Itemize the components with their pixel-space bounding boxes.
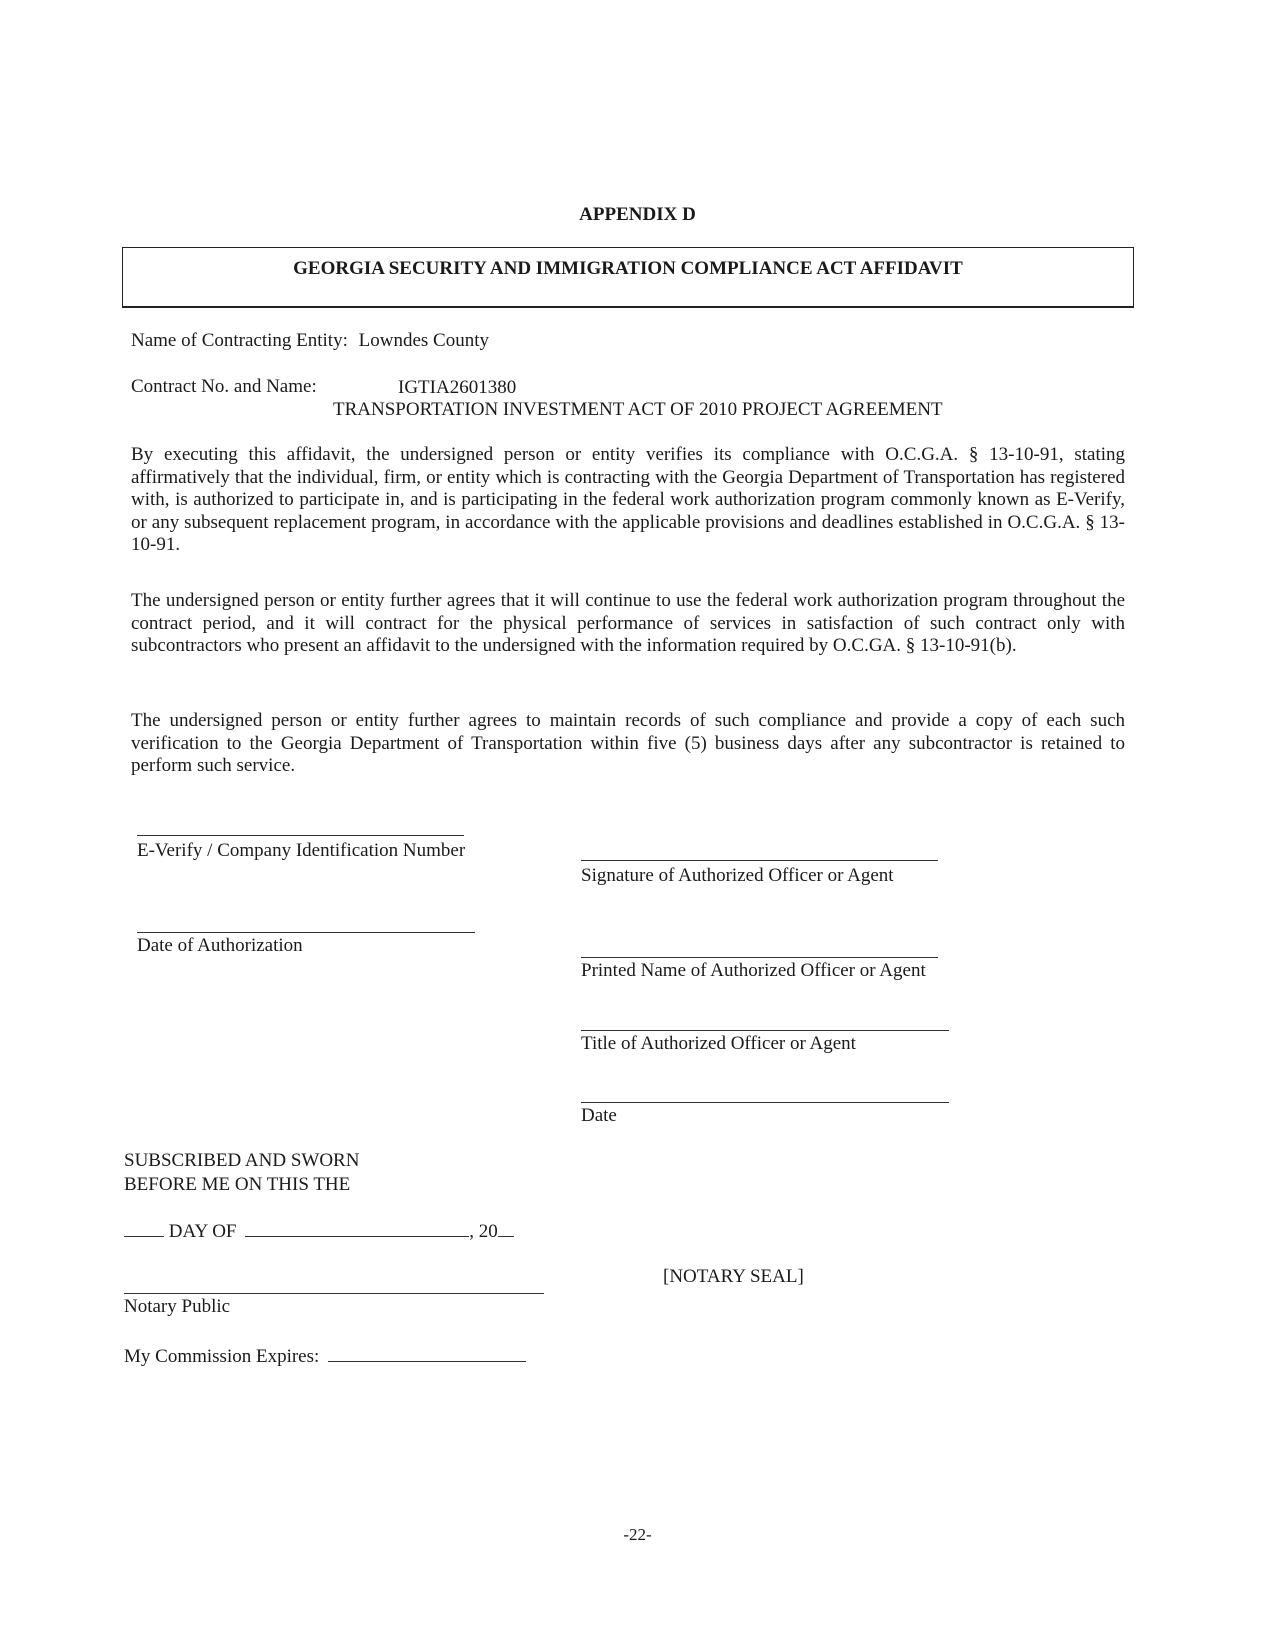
title-line[interactable] xyxy=(581,1030,949,1031)
notary-public-label: Notary Public xyxy=(124,1296,230,1318)
appendix-label: APPENDIX D xyxy=(0,204,1275,226)
contract-label: Contract No. and Name: xyxy=(131,376,317,398)
form-title: GEORGIA SECURITY AND IMMIGRATION COMPLIA… xyxy=(123,258,1133,280)
year-prefix: , 20 xyxy=(469,1221,498,1242)
paragraph-maintain-records: The undersigned person or entity further… xyxy=(131,710,1125,778)
day-of-row: DAY OF , 20 xyxy=(124,1218,514,1243)
form-title-box: GEORGIA SECURITY AND IMMIGRATION COMPLIA… xyxy=(122,247,1134,308)
date-label: Date xyxy=(581,1105,617,1127)
printed-name-line[interactable] xyxy=(581,957,938,958)
date-of-authorization-label: Date of Authorization xyxy=(137,935,303,957)
date-of-authorization-line[interactable] xyxy=(137,932,475,933)
commission-expires-label: My Commission Expires: xyxy=(124,1346,319,1367)
month-blank[interactable] xyxy=(245,1218,469,1237)
page-number: -22- xyxy=(0,1524,1275,1546)
day-blank[interactable] xyxy=(124,1218,164,1237)
sworn-line-2: BEFORE ME ON THIS THE xyxy=(124,1174,350,1196)
contracting-entity-label: Name of Contracting Entity: xyxy=(131,330,348,351)
year-blank[interactable] xyxy=(498,1218,514,1237)
day-of-label: DAY OF xyxy=(169,1221,237,1242)
everify-id-label: E-Verify / Company Identification Number xyxy=(137,840,465,862)
paragraph-everify-compliance: By executing this affidavit, the undersi… xyxy=(131,444,1125,557)
commission-expires-row: My Commission Expires: xyxy=(124,1343,526,1368)
contract-number: IGTIA2601380 xyxy=(398,377,516,399)
printed-name-label: Printed Name of Authorized Officer or Ag… xyxy=(581,960,926,982)
contracting-entity-row: Name of Contracting Entity: Lowndes Coun… xyxy=(131,330,489,352)
contracting-entity-value: Lowndes County xyxy=(359,330,489,351)
notary-signature-line[interactable] xyxy=(124,1293,544,1294)
commission-expires-blank[interactable] xyxy=(328,1343,526,1362)
paragraph-continue-use: The undersigned person or entity further… xyxy=(131,590,1125,658)
signature-line[interactable] xyxy=(581,860,938,861)
signature-label: Signature of Authorized Officer or Agent xyxy=(581,865,894,887)
notary-seal-label: [NOTARY SEAL] xyxy=(663,1266,804,1288)
sworn-line-1: SUBSCRIBED AND SWORN xyxy=(124,1150,359,1172)
title-label: Title of Authorized Officer or Agent xyxy=(581,1033,856,1055)
date-line[interactable] xyxy=(581,1102,949,1103)
everify-id-line[interactable] xyxy=(137,835,464,836)
contract-name: TRANSPORTATION INVESTMENT ACT OF 2010 PR… xyxy=(333,399,943,421)
